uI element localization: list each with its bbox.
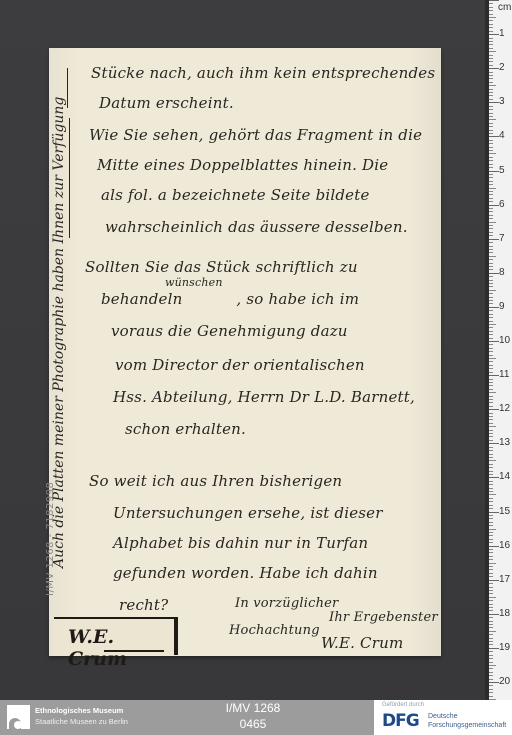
ruler-tick bbox=[489, 150, 493, 151]
ruler-tick bbox=[489, 65, 493, 66]
ruler-tick bbox=[489, 382, 493, 383]
ruler-tick bbox=[489, 426, 496, 427]
ruler-tick bbox=[489, 481, 493, 482]
closing-line: In vorzüglicher bbox=[235, 596, 338, 611]
letter-line: Stücke nach, auch ihm kein entsprechende… bbox=[91, 64, 435, 82]
inventory-number: I/MV 1268 bbox=[218, 701, 288, 715]
ruler-tick bbox=[489, 494, 496, 495]
letter-page: Auch die Platten meiner Photographie hab… bbox=[49, 48, 441, 656]
closing-line: Ihr Ergebenster bbox=[329, 610, 438, 625]
ruler-tick bbox=[489, 239, 499, 240]
museum-subtitle: Staatliche Museen zu Berlin bbox=[35, 717, 128, 726]
ruler-tick bbox=[489, 450, 493, 451]
ruler-number: 15 bbox=[499, 506, 510, 517]
ruler-number: 4 bbox=[499, 130, 505, 141]
ruler-tick bbox=[489, 181, 493, 182]
ruler-tick bbox=[489, 55, 493, 56]
ruler-tick bbox=[489, 498, 493, 499]
ruler-tick bbox=[489, 399, 493, 400]
ruler-tick bbox=[489, 576, 493, 577]
ruler-number: 11 bbox=[499, 369, 509, 380]
ruler-tick bbox=[489, 583, 493, 584]
ruler-number: 2 bbox=[499, 62, 505, 73]
ruler-tick bbox=[489, 116, 493, 117]
ruler-tick bbox=[489, 44, 493, 45]
ruler-tick bbox=[489, 208, 493, 209]
ruler-tick bbox=[489, 662, 493, 663]
signature: W.E. Crum bbox=[321, 634, 403, 652]
ruler-tick bbox=[489, 14, 493, 15]
dfg-name-line1: Deutsche bbox=[428, 713, 458, 720]
ruler-tick bbox=[489, 396, 493, 397]
ruler-tick bbox=[489, 351, 493, 352]
stamp-name: W.E. Crum bbox=[68, 626, 174, 670]
ruler-tick bbox=[489, 276, 493, 277]
ruler-tick bbox=[489, 423, 493, 424]
ruler-tick bbox=[489, 638, 493, 639]
ruler-tick bbox=[489, 327, 493, 328]
ruler-tick bbox=[489, 344, 493, 345]
ruler-tick bbox=[489, 430, 493, 431]
ruler-tick bbox=[489, 372, 493, 373]
ruler-tick bbox=[489, 655, 493, 656]
letter-line: gefunden worden. Habe ich dahin bbox=[113, 564, 378, 582]
ruler-tick bbox=[489, 113, 493, 114]
ruler-tick bbox=[489, 256, 496, 257]
ruler-tick bbox=[489, 215, 493, 216]
ruler-number: 18 bbox=[499, 608, 510, 619]
ruler-tick bbox=[489, 184, 493, 185]
ruler-tick bbox=[489, 72, 493, 73]
ruler-tick bbox=[489, 566, 493, 567]
ruler-tick bbox=[489, 389, 493, 390]
ruler-tick bbox=[489, 106, 493, 107]
name-label-stamp: W.E. Crum bbox=[54, 617, 178, 655]
ruler-tick bbox=[489, 505, 493, 506]
letter-line: Sollten Sie das Stück schriftlich zu bbox=[85, 258, 358, 276]
dfg-funding-box: Gefördert durch DFG Deutsche Forschungsg… bbox=[374, 700, 512, 735]
ruler-tick bbox=[489, 147, 493, 148]
ruler-tick bbox=[489, 10, 493, 11]
ruler-tick bbox=[489, 348, 493, 349]
ruler-tick bbox=[489, 283, 493, 284]
ruler-tick bbox=[489, 355, 493, 356]
ruler-number: 1 bbox=[499, 28, 505, 39]
ruler-tick bbox=[489, 604, 493, 605]
ruler-tick bbox=[489, 546, 499, 547]
ruler-number: 12 bbox=[499, 403, 510, 414]
ruler-tick bbox=[489, 525, 493, 526]
ruler-tick bbox=[489, 95, 493, 96]
ruler-number: 20 bbox=[499, 676, 510, 687]
ruler-tick bbox=[489, 177, 493, 178]
ruler-tick bbox=[489, 385, 493, 386]
funded-by-label: Gefördert durch bbox=[382, 702, 424, 708]
ruler-tick bbox=[489, 242, 493, 243]
ruler-tick bbox=[489, 692, 493, 693]
ruler-tick bbox=[489, 651, 493, 652]
ruler-tick bbox=[489, 41, 493, 42]
letter-line: Datum erscheint. bbox=[99, 94, 234, 112]
ruler-tick bbox=[489, 82, 493, 83]
ruler-tick bbox=[489, 191, 493, 192]
ruler-tick bbox=[489, 467, 493, 468]
ruler-tick bbox=[489, 126, 493, 127]
ruler-tick bbox=[489, 201, 493, 202]
ruler-tick bbox=[489, 307, 499, 308]
ruler-tick bbox=[489, 552, 493, 553]
ruler-tick bbox=[489, 338, 493, 339]
ruler-tick bbox=[489, 457, 493, 458]
ruler-tick bbox=[489, 402, 493, 403]
ruler-tick bbox=[489, 246, 493, 247]
ruler-tick bbox=[489, 48, 493, 49]
ruler-tick bbox=[489, 334, 493, 335]
ruler-tick bbox=[489, 689, 493, 690]
ruler-tick bbox=[489, 58, 493, 59]
ruler-tick bbox=[489, 658, 493, 659]
ruler-tick bbox=[489, 471, 493, 472]
ruler-tick bbox=[489, 20, 493, 21]
ruler-tick bbox=[489, 300, 493, 301]
letter-line: So weit ich aus Ihren bisherigen bbox=[89, 472, 342, 490]
ruler-tick bbox=[489, 491, 493, 492]
ruler-tick bbox=[489, 597, 496, 598]
ruler-tick bbox=[489, 38, 493, 39]
ruler-tick bbox=[489, 140, 493, 141]
museum-name: Ethnologisches Museum bbox=[35, 706, 123, 715]
ruler-tick bbox=[489, 532, 493, 533]
margin-bracket bbox=[69, 118, 70, 238]
ruler-tick bbox=[489, 679, 493, 680]
ruler-tick bbox=[489, 68, 499, 69]
ruler-tick bbox=[489, 198, 493, 199]
dfg-name-line2: Forschungsgemeinschaft bbox=[428, 722, 506, 729]
ruler-tick bbox=[489, 624, 493, 625]
ruler-unit-label: cm bbox=[498, 2, 511, 13]
ruler-tick bbox=[489, 685, 493, 686]
ruler-tick bbox=[489, 392, 496, 393]
museum-logo-icon bbox=[7, 705, 30, 729]
ruler-tick bbox=[489, 160, 493, 161]
ruler-tick bbox=[489, 232, 493, 233]
ruler-tick bbox=[489, 99, 493, 100]
ruler-number: 10 bbox=[499, 335, 510, 346]
ruler-tick bbox=[489, 102, 499, 103]
ruler-tick bbox=[489, 174, 493, 175]
ruler-tick bbox=[489, 573, 493, 574]
margin-bracket bbox=[67, 68, 68, 108]
ruler-tick bbox=[489, 317, 493, 318]
stamp-underline bbox=[104, 650, 164, 652]
ruler-tick bbox=[489, 413, 493, 414]
ruler-tick bbox=[489, 460, 496, 461]
ruler-tick bbox=[489, 556, 493, 557]
ruler-tick bbox=[489, 696, 493, 697]
ruler-tick bbox=[489, 379, 493, 380]
ruler-tick bbox=[489, 535, 493, 536]
pencil-inventory-number: I/MV 1268 - 7182998 bbox=[45, 482, 56, 596]
letter-word: , so habe ich im bbox=[236, 290, 359, 308]
ruler-number: 6 bbox=[499, 199, 505, 210]
ruler-tick bbox=[489, 341, 499, 342]
ruler-tick bbox=[489, 331, 493, 332]
ruler-tick bbox=[489, 222, 496, 223]
ruler-tick bbox=[489, 85, 496, 86]
ruler-number: 14 bbox=[499, 471, 510, 482]
ruler-tick bbox=[489, 259, 493, 260]
ruler-tick bbox=[489, 27, 493, 28]
ruler-tick bbox=[489, 617, 493, 618]
ruler-tick bbox=[489, 324, 496, 325]
ruler-tick bbox=[489, 286, 493, 287]
ruler-tick bbox=[489, 484, 493, 485]
ruler-tick bbox=[489, 406, 493, 407]
ruler-tick bbox=[489, 249, 493, 250]
ruler-tick bbox=[489, 607, 493, 608]
ruler-tick bbox=[489, 290, 496, 291]
ruler-tick bbox=[489, 512, 499, 513]
ruler-tick bbox=[489, 92, 493, 93]
ruler-tick bbox=[489, 590, 493, 591]
ruler-tick bbox=[489, 621, 493, 622]
letter-line: als fol. a bezeichnete Seite bildete bbox=[101, 186, 370, 204]
ruler-tick bbox=[489, 143, 493, 144]
ruler-tick bbox=[489, 631, 496, 632]
ruler-number: 5 bbox=[499, 165, 505, 176]
letter-line: behandeln , so habe ich im bbox=[101, 290, 359, 308]
ruler-tick bbox=[489, 361, 493, 362]
ruler-tick bbox=[489, 263, 493, 264]
ruler-tick bbox=[489, 368, 493, 369]
ruler-tick bbox=[489, 119, 496, 120]
ruler-tick bbox=[489, 539, 493, 540]
ruler-tick bbox=[489, 563, 496, 564]
ruler-tick bbox=[489, 416, 493, 417]
ruler-tick bbox=[489, 648, 499, 649]
ruler-tick bbox=[489, 682, 499, 683]
logo-wave-shape bbox=[14, 721, 22, 729]
inserted-word: wünschen bbox=[165, 276, 223, 289]
letter-line: voraus die Genehmigung dazu bbox=[111, 322, 348, 340]
ruler-tick bbox=[489, 587, 493, 588]
ruler-number: 3 bbox=[499, 96, 505, 107]
ruler-tick bbox=[489, 7, 493, 8]
ruler-tick bbox=[489, 634, 493, 635]
ruler-number: 8 bbox=[499, 267, 505, 278]
ruler-tick bbox=[489, 109, 493, 110]
ruler-tick bbox=[489, 433, 493, 434]
closing-line: Hochachtung bbox=[229, 623, 320, 638]
letter-word: behandeln bbox=[101, 290, 182, 308]
ruler-tick bbox=[489, 310, 493, 311]
ruler-tick bbox=[489, 280, 493, 281]
ruler-tick bbox=[489, 443, 499, 444]
ruler-tick bbox=[489, 600, 493, 601]
ruler-tick bbox=[489, 675, 493, 676]
ruler-number: 9 bbox=[499, 301, 505, 312]
ruler-tick bbox=[489, 419, 493, 420]
ruler-number: 13 bbox=[499, 437, 510, 448]
ruler-tick bbox=[489, 225, 493, 226]
ruler-tick bbox=[489, 89, 493, 90]
ruler-tick bbox=[489, 157, 493, 158]
ruler-tick bbox=[489, 569, 493, 570]
ruler-tick bbox=[489, 580, 499, 581]
ruler-tick bbox=[489, 436, 493, 437]
letter-line: vom Director der orientalischen bbox=[115, 356, 365, 374]
ruler-tick bbox=[489, 488, 493, 489]
ruler-tick bbox=[489, 24, 493, 25]
ruler-tick bbox=[489, 153, 496, 154]
ruler-tick bbox=[489, 522, 493, 523]
ruler-tick bbox=[489, 194, 493, 195]
letter-line: Wie Sie sehen, gehört das Fragment in di… bbox=[89, 126, 422, 144]
ruler-tick bbox=[489, 542, 493, 543]
letter-line: Untersuchungen ersehe, ist dieser bbox=[113, 504, 383, 522]
ruler-tick bbox=[489, 365, 493, 366]
ruler-tick bbox=[489, 34, 499, 35]
ruler-tick bbox=[489, 164, 493, 165]
ruler-tick bbox=[489, 665, 496, 666]
letter-line: schon erhalten. bbox=[125, 420, 246, 438]
ruler-tick bbox=[489, 614, 499, 615]
ruler-tick bbox=[489, 529, 496, 530]
ruler-number: 19 bbox=[499, 642, 510, 653]
ruler-tick bbox=[489, 266, 493, 267]
ruler-tick bbox=[489, 17, 496, 18]
ruler-tick bbox=[489, 123, 493, 124]
letter-line: wahrscheinlich das äussere desselben. bbox=[105, 218, 408, 236]
ruler-tick bbox=[489, 136, 499, 137]
ruler-tick bbox=[489, 447, 493, 448]
ruler-tick bbox=[489, 297, 493, 298]
ruler-tick bbox=[489, 205, 499, 206]
ruler-tick bbox=[489, 314, 493, 315]
ruler-tick bbox=[489, 188, 496, 189]
ruler-number: 7 bbox=[499, 233, 505, 244]
ruler-tick bbox=[489, 167, 493, 168]
dfg-logo-icon: DFG bbox=[382, 711, 419, 731]
ruler-tick bbox=[489, 130, 493, 131]
ruler-number: 16 bbox=[499, 540, 510, 551]
ruler-tick bbox=[489, 75, 493, 76]
ruler-tick bbox=[489, 641, 493, 642]
ruler-tick bbox=[489, 549, 493, 550]
ruler-tick bbox=[489, 375, 499, 376]
ruler-number: 17 bbox=[499, 574, 510, 585]
ruler-tick bbox=[489, 133, 493, 134]
ruler-tick bbox=[489, 303, 493, 304]
ruler-tick bbox=[489, 508, 493, 509]
ruler-tick bbox=[489, 474, 493, 475]
letter-line: Hss. Abteilung, Herrn Dr L.D. Barnett, bbox=[113, 388, 415, 406]
ruler-tick bbox=[489, 218, 493, 219]
ruler-tick bbox=[489, 269, 493, 270]
ruler-tick bbox=[489, 672, 493, 673]
ruler-tick bbox=[489, 293, 493, 294]
ruler-tick bbox=[489, 3, 493, 4]
cm-ruler: cm 1234567891011121314151617181920 bbox=[485, 0, 512, 700]
ruler-tick bbox=[489, 273, 499, 274]
ruler-tick bbox=[489, 477, 499, 478]
ruler-tick bbox=[489, 252, 493, 253]
ruler-tick bbox=[489, 559, 493, 560]
ruler-tick bbox=[489, 61, 493, 62]
ruler-tick bbox=[489, 358, 496, 359]
ruler-tick bbox=[489, 610, 493, 611]
ruler-tick bbox=[489, 228, 493, 229]
ruler-tick bbox=[489, 321, 493, 322]
ruler-tick bbox=[489, 593, 493, 594]
page-number: 0465 bbox=[218, 717, 288, 731]
ruler-tick bbox=[489, 51, 496, 52]
ruler-tick bbox=[489, 409, 499, 410]
ruler-tick bbox=[489, 454, 493, 455]
letter-line: Alphabet bis dahin nur in Turfan bbox=[113, 534, 368, 552]
ruler-tick bbox=[489, 501, 493, 502]
ruler-tick bbox=[489, 518, 493, 519]
letter-line: Mitte eines Doppelblattes hinein. Die bbox=[97, 156, 388, 174]
ruler-tick bbox=[489, 171, 499, 172]
ruler-tick bbox=[489, 627, 493, 628]
ruler-tick bbox=[489, 31, 493, 32]
ruler-tick bbox=[489, 668, 493, 669]
ruler-tick bbox=[489, 440, 493, 441]
ruler-tick bbox=[489, 235, 493, 236]
letter-line: recht? bbox=[119, 596, 168, 614]
ruler-tick bbox=[489, 515, 493, 516]
ruler-tick bbox=[489, 211, 493, 212]
ruler-tick bbox=[489, 464, 493, 465]
ruler-tick bbox=[489, 644, 493, 645]
ruler-tick bbox=[489, 78, 493, 79]
ruler-tick bbox=[489, 0, 499, 1]
